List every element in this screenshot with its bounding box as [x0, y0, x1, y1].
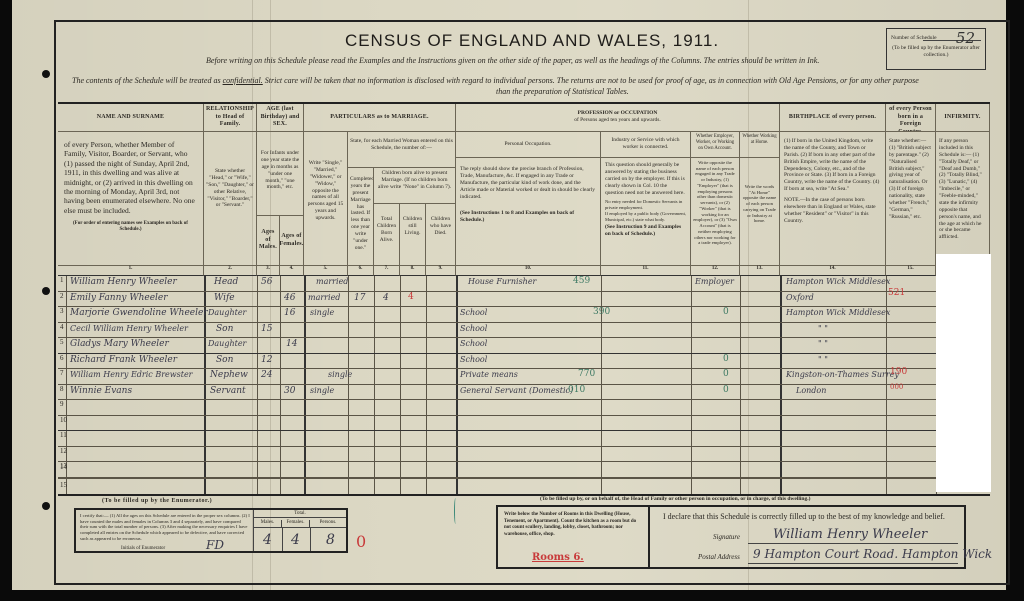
header-marriage: PARTICULARS as to MARRIAGE.: [304, 104, 456, 132]
header-birthplace: BIRTHPLACE of every person.: [780, 104, 886, 132]
column-number: 8.: [400, 266, 426, 276]
header-relationship: RELATIONSHIP to Head of Family.: [204, 104, 257, 132]
enumerator-certify-text: I certify that:— (1) All the ages on thi…: [80, 513, 250, 542]
column-number: 15.: [886, 266, 936, 276]
rooms-instructions: Write below the Number of Rooms in this …: [498, 507, 650, 567]
table-row: 9: [58, 400, 990, 416]
column-number: 12.: [691, 266, 740, 276]
males-label: Males.: [254, 520, 282, 528]
occupier-section-title: (To be filled up by, or on behalf of, th…: [540, 496, 810, 502]
table-row: 5 Gladys Mary Wheeler Daughter 14 School…: [58, 338, 990, 354]
table-row: 15: [58, 463, 990, 496]
header-age-males: Ages of Males.: [257, 216, 280, 266]
header-marriage-completed: Completed years the present Marriage has…: [348, 168, 374, 266]
table-row: 6 Richard Frank Wheeler Son 12 School 0 …: [58, 354, 990, 370]
header-marriage-state: State, for each Married Woman entered on…: [348, 132, 456, 168]
header-home: Whether Working at Home.: [740, 132, 780, 158]
header-marriage-children: Children born alive to present Marriage.…: [374, 168, 456, 204]
table-row: 2 Emily Fanny Wheeler Wife 46 married 17…: [58, 292, 990, 308]
table-row: 11: [58, 431, 990, 447]
table-row: 8 Winnie Evans Servant 30 single General…: [58, 385, 990, 401]
census-form: CENSUS OF ENGLAND AND WALES, 1911. Befor…: [54, 20, 1010, 585]
header-children-total: Total Children Born Alive.: [374, 204, 400, 266]
census-table: NAME AND SURNAME RELATIONSHIP to Head of…: [58, 102, 990, 494]
column-number: 9.: [426, 266, 456, 276]
header-age-females: Ages of Females.: [280, 216, 304, 266]
persons-label: Persons.: [310, 520, 346, 528]
table-row: 14: [58, 447, 990, 463]
column-number: 2.: [204, 266, 257, 276]
header-occupation: PROFESSION or OCCUPATIONof Persons aged …: [456, 104, 780, 132]
initials-label: Initials of Enumerator: [121, 546, 165, 551]
column-number: 10.: [456, 266, 601, 276]
header-age-instructions: For Infants under one year state the age…: [257, 132, 304, 216]
column-number: 7.: [374, 266, 400, 276]
enumerator-section-title: (To be filled up by the Enumerator.): [102, 498, 212, 504]
header-nationality-instructions: State whether:— (1) "British subject by …: [886, 132, 936, 266]
totals-table: Total. Males. Females. Persons. 4 4 8: [253, 510, 346, 551]
header-children-died: Children who have Died.: [426, 204, 456, 266]
punch-hole: [42, 70, 50, 78]
header-infirmity: INFIRMITY.: [936, 104, 990, 132]
declaration-text: I declare that this Schedule is correctl…: [663, 512, 945, 521]
header-infirmity-instructions: If any person included in this Schedule …: [936, 132, 990, 266]
header-children-living: Children still Living.: [400, 204, 426, 266]
column-number: 11.: [601, 266, 691, 276]
red-check-mark: 0: [356, 532, 366, 551]
column-number: 1.: [58, 266, 204, 276]
females-label: Females.: [282, 520, 310, 528]
punch-hole: [42, 287, 50, 295]
total-males: 4: [263, 532, 272, 548]
column-number: 13.: [740, 266, 780, 276]
enumerator-certificate-box: I certify that:— (1) All the ages on thi…: [74, 508, 348, 553]
blank-overlay: [936, 254, 991, 492]
header-nationality: NATIONALITY of every Person born in a Fo…: [886, 104, 936, 132]
header-birthplace-instructions: (1) If born in the United Kingdom, write…: [780, 132, 886, 266]
table-row: 3 Marjorie Gwendoline Wheeler Daughter 1…: [58, 307, 990, 323]
header-employer-instructions: Write opposite the name of each person e…: [691, 158, 740, 266]
header-personal-occupation-instructions: The reply should show the precise branch…: [456, 158, 601, 266]
table-row: 1 William Henry Wheeler Head 56 married …: [58, 276, 990, 292]
column-number: 14.: [780, 266, 886, 276]
table-row: 4 Cecil William Henry Wheeler Son 15 Sch…: [58, 323, 990, 339]
header-industry: Industry or Service with which worker is…: [601, 132, 691, 158]
schedule-number-note: (To be filled up by the Enumerator after…: [891, 45, 981, 58]
column-number: 6.: [348, 266, 374, 276]
enumerator-initials: FD: [206, 538, 224, 552]
table-row: 10: [58, 416, 990, 432]
header-home-instructions: Write the words "At Home" opposite the n…: [740, 158, 780, 266]
header-employer: Whether Employer, Worker, or Working on …: [691, 132, 740, 158]
header-name: NAME AND SURNAME: [58, 104, 204, 132]
header-personal-occupation: Personal Occupation.: [456, 132, 601, 158]
instruction-line: Before writing on this Schedule please r…: [206, 56, 819, 65]
total-females: 4: [291, 532, 300, 548]
total-label: Total.: [254, 511, 346, 518]
signature: William Henry Wheeler: [773, 527, 927, 542]
header-age: AGE (last Birthday) and SEX.: [257, 104, 304, 132]
confidential-notice-end: than the preparation of Statistical Tabl…: [496, 87, 629, 96]
punch-hole: [42, 502, 50, 510]
occupier-declaration-box: Write below the Number of Rooms in this …: [496, 505, 966, 569]
postal-address: 9 Hampton Court Road. Hampton Wick: [753, 547, 992, 561]
table-row: 7 William Henry Edric Brewster Nephew 24…: [58, 369, 990, 385]
total-persons: 8: [326, 532, 335, 548]
signature-label: Signature: [713, 533, 740, 541]
column-number: 4.: [280, 266, 304, 276]
confidential-notice: The contents of the Schedule will be tre…: [72, 76, 919, 85]
schedule-number-box: Number of Schedule 52 (To be filled up b…: [886, 28, 986, 70]
rooms-count: Rooms 6.: [532, 551, 584, 564]
postal-address-label: Postal Address: [698, 553, 740, 561]
header-name-instructions: of every Person, whether Member of Famil…: [58, 132, 204, 266]
header-relationship-instructions: State whether "Head," or "Wife," "Son," …: [204, 132, 257, 266]
column-number: 3.: [257, 266, 280, 276]
header-industry-instructions: This question should generally be answer…: [601, 158, 691, 266]
column-number: 5.: [304, 266, 348, 276]
green-pen-mark: [454, 498, 457, 524]
header-marriage-write: Write "Single," "Married," "Widower," or…: [304, 132, 348, 266]
page-title: CENSUS OF ENGLAND AND WALES, 1911.: [56, 31, 1008, 51]
